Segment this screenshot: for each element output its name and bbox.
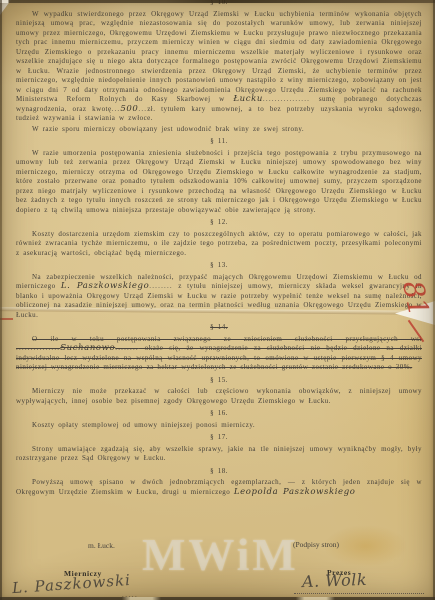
dotted-fill: ........ <box>115 344 139 352</box>
place-label: m. Łuck. <box>88 541 115 550</box>
scan-edge-top <box>0 0 435 3</box>
paragraph: W wypadku stwierdzonego przez Okręgowy U… <box>16 10 422 124</box>
handwritten-fill: L. Paszkowskiego <box>61 281 149 291</box>
dotted-fill: ........ <box>149 282 173 290</box>
scan-edge-left <box>0 0 2 600</box>
handwritten-fill: Leopolda Paszkowskiego <box>234 487 356 497</box>
handwritten-fill: 500 <box>120 104 138 114</box>
paragraph: Powyższą umowę spisano w dwóch jednobrzm… <box>16 478 422 497</box>
handwritten-fill: Łucku <box>233 94 263 104</box>
paragraph: Strony umawiające zgadzają się, aby wsze… <box>16 445 422 464</box>
dotted-fill: ... <box>138 105 147 113</box>
typed-text: W razie sporu mierniczy obowiązany jest … <box>32 125 304 133</box>
section-heading-7: § 17. <box>16 433 422 443</box>
dotted-fill: ............... <box>16 344 60 352</box>
paragraph: Na zabezpieczenie wszelkich należności, … <box>16 273 422 321</box>
dotted-fill: ................ <box>263 95 310 103</box>
paragraph: O ile w toku postępowania związanego ze … <box>16 335 422 373</box>
paragraph: Mierniczy nie może przekazać w całości l… <box>16 387 422 406</box>
red-pencil-margin-note: 81 <box>396 278 435 320</box>
signatures-caption: (Podpisy stron) <box>293 540 339 549</box>
paragraph: Koszty dostarczenia urzędom ziemskim czy… <box>16 230 422 259</box>
section-heading-6: § 16. <box>16 409 422 419</box>
typed-text: Koszty dostarczenia urzędom ziemskim czy… <box>16 230 422 257</box>
section-heading-3: § 13. <box>16 261 422 271</box>
section-heading-4: § 14. <box>16 323 422 333</box>
section-heading-8: § 18. <box>16 467 422 477</box>
paragraph: W razie umorzenia postępowania zniesieni… <box>16 149 422 216</box>
typed-text: O ile w toku postępowania związanego ze … <box>32 335 422 343</box>
section-heading-2: § 12. <box>16 218 422 228</box>
typed-text: Powyższą umowę spisano w dwóch jednobrzm… <box>16 478 422 496</box>
president-signature: A. Wolk <box>302 570 368 591</box>
handwritten-fill: Suchanowo <box>60 343 115 353</box>
typed-text: Strony umawiające zgadzają się, aby wsze… <box>16 445 422 463</box>
paragraph: Koszty opłaty stemplowej od umowy niniej… <box>16 421 422 431</box>
scanned-contract-page: { "meta": { "title": "Umowa z mierniczym… <box>0 0 435 600</box>
typed-text: W wypadku stwierdzonego przez Okręgowy U… <box>16 10 422 104</box>
typed-text: Mierniczy nie może przekazać w całości l… <box>16 387 422 405</box>
section-heading-1: § 11. <box>16 137 422 147</box>
document-body: § 10.W wypadku stwierdzonego przez Okręg… <box>16 0 422 542</box>
signature-dotted-rule <box>294 593 424 594</box>
typed-text: Koszty opłaty stemplowej od umowy niniej… <box>32 421 255 429</box>
paragraph: W razie sporu mierniczy obowiązany jest … <box>16 125 422 135</box>
section-heading-5: § 15. <box>16 376 422 386</box>
typed-text: W razie umorzenia postępowania zniesieni… <box>16 149 422 214</box>
